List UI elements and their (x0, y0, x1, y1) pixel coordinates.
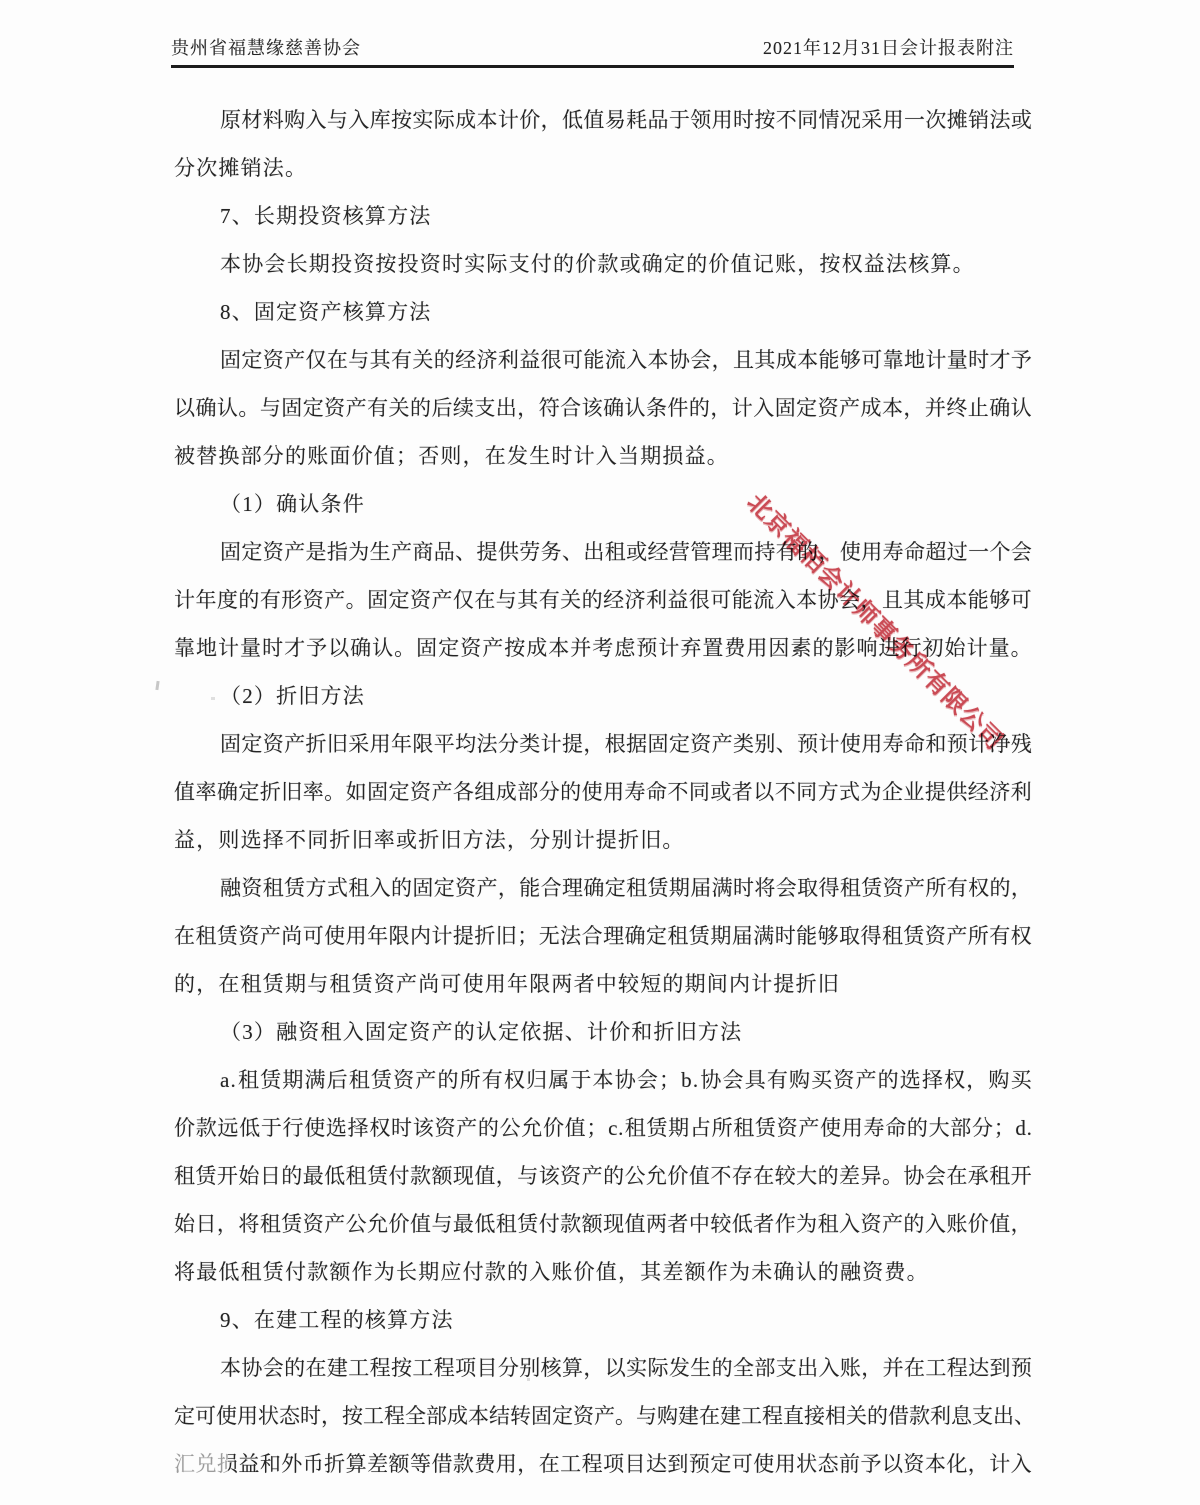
text-line: 价款远低于行使选择权时该资产的公允价值；c. 租赁期占所租赁资产使用寿命的大部分… (174, 1104, 1032, 1152)
text-line: （1）确认条件 (174, 480, 1032, 528)
text-line: 固定资产是指为生产商品、提供劳务、出租或经营管理而持有的，使用寿命超过一个会 (174, 528, 1032, 576)
scan-artifact (527, 1378, 530, 1381)
report-title: 2021年12月31日会计报表附注 (763, 34, 1014, 60)
document-page: 贵州省福慧缘慈善协会 2021年12月31日会计报表附注 原材料购入与入库按实际… (0, 0, 1200, 1505)
text-line: 7、长期投资核算方法 (174, 192, 1032, 240)
page-header: 贵州省福慧缘慈善协会 2021年12月31日会计报表附注 (171, 24, 1014, 68)
text-line: 融资租赁方式租入的固定资产，能合理确定租赁期届满时将会取得租赁资产所有权的， (174, 864, 1032, 912)
text-line: 益，则选择不同折旧率或折旧方法，分别计提折旧。 (174, 816, 1032, 864)
text-line: （2）折旧方法 (174, 672, 1032, 720)
text-line: 汇兑损益和外币折算差额等借款费用，在工程项目达到预定可使用状态前予以资本化，计入 (174, 1440, 1032, 1488)
org-name: 贵州省福慧缘慈善协会 (171, 34, 361, 60)
text-line: 将最低租赁付款额作为长期应付款的入账价值，其差额作为未确认的融资费。 (174, 1248, 1032, 1296)
text-line: （3）融资租入固定资产的认定依据、计价和折旧方法 (174, 1008, 1032, 1056)
text-line: 始日，将租赁资产公允价值与最低租赁付款额现值两者中较低者作为租入资产的入账价值， (174, 1200, 1032, 1248)
scan-artifact (155, 681, 159, 690)
text-line: 8、固定资产核算方法 (174, 288, 1032, 336)
scan-artifact (211, 697, 215, 700)
text-line: a. 租赁期满后租赁资产的所有权归属于本协会；b. 协会具有购买资产的选择权，购… (174, 1056, 1032, 1104)
text-line: 本协会的在建工程按工程项目分别核算，以实际发生的全部支出入账，并在工程达到预 (174, 1344, 1032, 1392)
text-line: 定可使用状态时，按工程全部成本结转固定资产。与购建在建工程直接相关的借款利息支出… (174, 1392, 1032, 1440)
text-line: 9、在建工程的核算方法 (174, 1296, 1032, 1344)
text-line: 被替换部分的账面价值；否则，在发生时计入当期损益。 (174, 432, 1032, 480)
text-line: 的，在租赁期与租赁资产尚可使用年限两者中较短的期间内计提折旧 (174, 960, 1032, 1008)
text-line: 分次摊销法。 (174, 144, 1032, 192)
text-line: 租赁开始日的最低租赁付款额现值，与该资产的公允价值不存在较大的差异。协会在承租开 (174, 1152, 1032, 1200)
text-line: 本协会长期投资按投资时实际支付的价款或确定的价值记账，按权益法核算。 (174, 240, 1032, 288)
text-line: 计年度的有形资产。固定资产仅在与其有关的经济利益很可能流入本协会，且其成本能够可 (174, 576, 1032, 624)
text-line: 原材料购入与入库按实际成本计价，低值易耗品于领用时按不同情况采用一次摊销法或 (174, 96, 1032, 144)
text-line: 在租赁资产尚可使用年限内计提折旧；无法合理确定租赁期届满时能够取得租赁资产所有权 (174, 912, 1032, 960)
text-line: 固定资产仅在与其有关的经济利益很可能流入本协会，且其成本能够可靠地计量时才予 (174, 336, 1032, 384)
document-body: 原材料购入与入库按实际成本计价，低值易耗品于领用时按不同情况采用一次摊销法或分次… (174, 96, 1032, 1488)
text-line: 以确认。与固定资产有关的后续支出，符合该确认条件的，计入固定资产成本，并终止确认 (174, 384, 1032, 432)
text-line: 固定资产折旧采用年限平均法分类计提，根据固定资产类别、预计使用寿命和预计净残 (174, 720, 1032, 768)
text-line: 值率确定折旧率。如固定资产各组成部分的使用寿命不同或者以不同方式为企业提供经济利 (174, 768, 1032, 816)
